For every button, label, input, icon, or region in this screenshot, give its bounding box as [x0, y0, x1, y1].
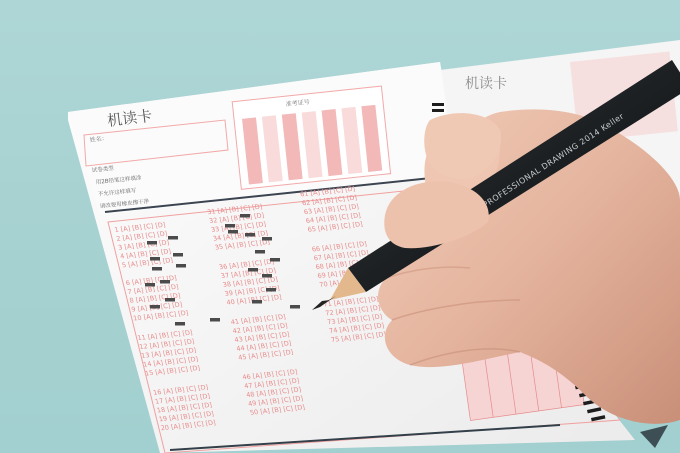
exam-id-grid: 准考证号 — [232, 86, 390, 189]
second-sheet-title: 机读卡 — [465, 75, 507, 92]
photo-scene: 机读卡 机读卡 姓名： 准考证号 试卷类型 用2B铅笔这样填涂 不允许这样填写 … — [0, 0, 680, 453]
scene-illustration: 机读卡 机读卡 姓名： 准考证号 试卷类型 用2B铅笔这样填涂 不允许这样填写 … — [0, 0, 680, 453]
